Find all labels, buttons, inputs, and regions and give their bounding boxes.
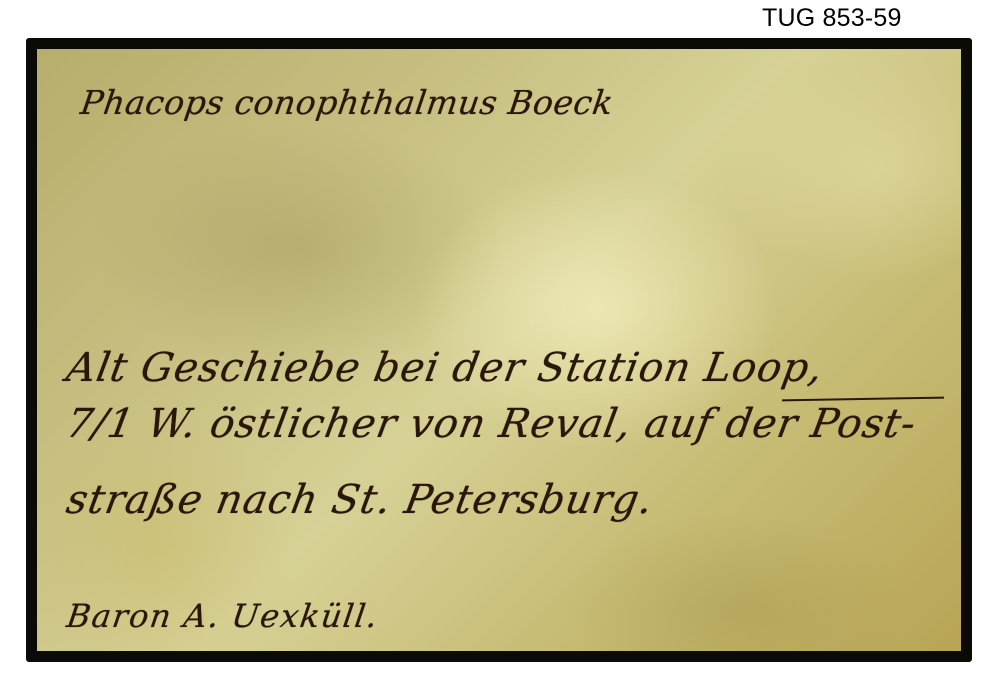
locality-line-3: straße nach St. Petersburg. (63, 477, 657, 523)
species-name: Phacops conophthalmus Boeck (78, 83, 616, 122)
locality-line-1: Alt Geschiebe bei der Station Loop, (63, 345, 827, 391)
collector-name: Baron A. Uexküll. (64, 597, 381, 635)
specimen-label-card: Phacops conophthalmus Boeck Alt Geschieb… (26, 38, 972, 662)
locality-line-2: 7/1 W. östlicher von Reval, auf der Post… (63, 401, 920, 447)
catalog-number: TUG 853-59 (762, 4, 902, 32)
